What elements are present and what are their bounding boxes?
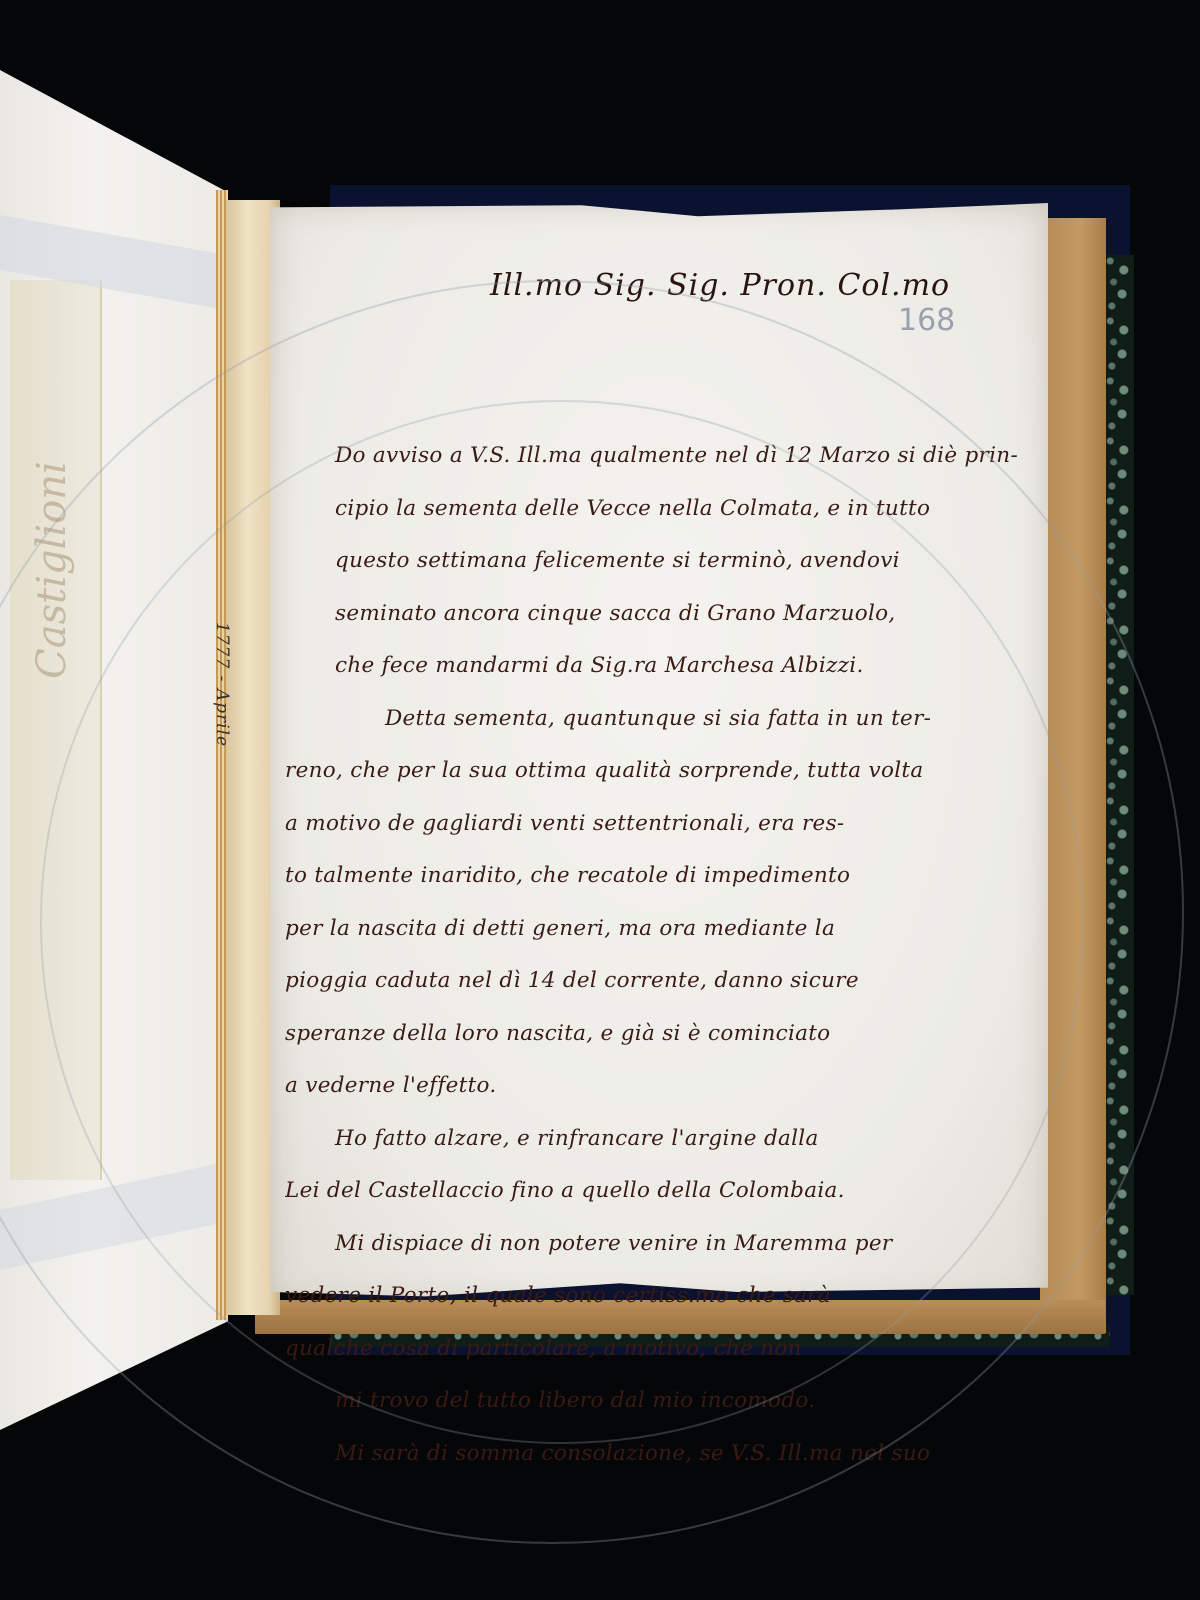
kraft-paper-backing bbox=[1040, 218, 1106, 1333]
text-line: che fece mandarmi da Sig.ra Marchesa Alb… bbox=[285, 640, 1040, 693]
margin-date-note: 1777 - Aprile bbox=[208, 622, 232, 802]
text-line: seminato ancora cinque sacca di Grano Ma… bbox=[285, 588, 1040, 641]
text-line: to talmente inaridito, che recatole di i… bbox=[285, 850, 1040, 903]
text-line: pioggia caduta nel dì 14 del corrente, d… bbox=[285, 955, 1040, 1008]
text-line: mi trovo del tutto libero dal mio incomo… bbox=[285, 1375, 1040, 1428]
text-line: questo settimana felicemente si terminò,… bbox=[285, 535, 1040, 588]
text-line: Lei del Castellaccio fino a quello della… bbox=[285, 1165, 1040, 1218]
letter-salutation: Ill.mo Sig. Sig. Pron. Col.mo bbox=[490, 268, 910, 318]
text-line: a vederne l'effetto. bbox=[285, 1060, 1040, 1113]
text-line: a motivo de gagliardi venti settentriona… bbox=[285, 798, 1040, 851]
text-line: Detta sementa, quantunque si sia fatta i… bbox=[285, 693, 1040, 746]
letter-body: Do avviso a V.S. Ill.ma qualmente nel dì… bbox=[285, 430, 1040, 1480]
folio-number: 168 bbox=[898, 303, 958, 343]
text-line: Do avviso a V.S. Ill.ma qualmente nel dì… bbox=[285, 430, 1040, 483]
text-line: reno, che per la sua ottima qualità sorp… bbox=[285, 745, 1040, 798]
text-line: Mi dispiace di non potere venire in Mare… bbox=[285, 1218, 1040, 1271]
text-line: vedere il Porto, il quale sono certiss.m… bbox=[285, 1270, 1040, 1323]
text-line: per la nascita di detti generi, ma ora m… bbox=[285, 903, 1040, 956]
text-line: Mi sarà di somma consolazione, se V.S. I… bbox=[285, 1428, 1040, 1481]
text-line: cipio la sementa delle Vecce nella Colma… bbox=[285, 483, 1040, 536]
text-line: qualche cosa di particolare, a motivo, c… bbox=[285, 1323, 1040, 1376]
left-page-stain bbox=[10, 280, 102, 1180]
left-page-stamp: Castiglioni bbox=[0, 520, 152, 620]
text-line: speranze della loro nascita, e già si è … bbox=[285, 1008, 1040, 1061]
text-line: Ho fatto alzare, e rinfrancare l'argine … bbox=[285, 1113, 1040, 1166]
